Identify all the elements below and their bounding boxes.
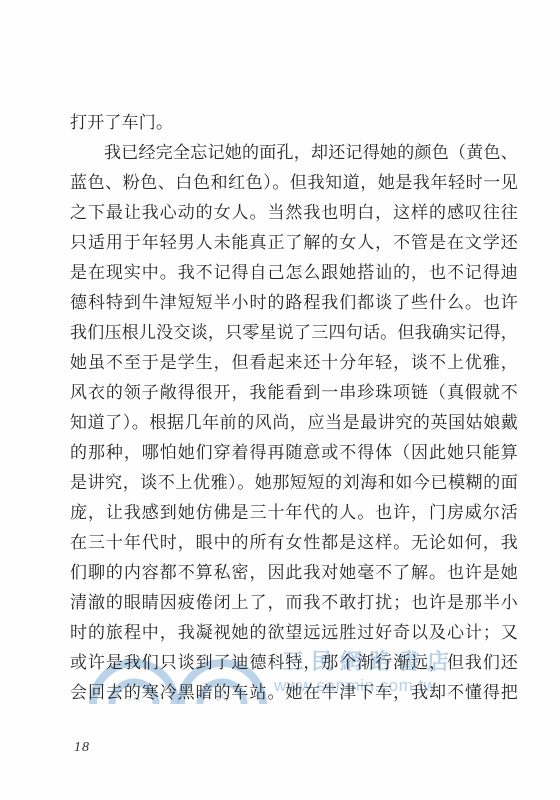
text-line: 德科特到牛津短短半小时的路程我们都谈了些什么。也许 bbox=[70, 288, 518, 318]
page-number: 18 bbox=[74, 740, 90, 756]
text-line: 或许是我们只谈到了迪德科特，那个渐行渐远，但我们还 bbox=[70, 648, 518, 678]
text-line: 是讲究，谈不上优雅）。她那短短的刘海和如今已模糊的面 bbox=[70, 468, 518, 498]
book-page: 三 民 三民網路書店 www.sanmin.com.tw 打开了车门。 我已经完… bbox=[0, 0, 560, 800]
text-line: 我们压根儿没交谈，只零星说了三四句话。但我确实记得， bbox=[70, 318, 518, 348]
text-line: 知道了）。根据几年前的风尚，应当是最讲究的英国姑娘戴 bbox=[70, 408, 518, 438]
text-line: 的那种，哪怕她们穿着得再随意或不得体（因此她只能算 bbox=[70, 438, 518, 468]
text-line: 会回去的寒冷黑暗的车站。她在牛津下车，我却不懂得把 bbox=[70, 678, 518, 708]
text-line: 只适用于年轻男人未能真正了解的女人，不管是在文学还 bbox=[70, 228, 518, 258]
text-line: 蓝色、粉色、白色和红色）。但我知道，她是我年轻时一见 bbox=[70, 168, 518, 198]
text-line: 清澈的眼睛因疲倦闭上了，而我不敢打扰；也许是那半小 bbox=[70, 588, 518, 618]
text-line: 在三十年代时，眼中的所有女性都是这样。无论如何，我 bbox=[70, 528, 518, 558]
text-line: 们聊的内容都不算私密，因此我对她毫不了解。也许是她 bbox=[70, 558, 518, 588]
text-line: 庞，让我感到她仿佛是三十年代的人。也许，门房威尔活 bbox=[70, 498, 518, 528]
text-line: 时的旅程中，我凝视她的欲望远远胜过好奇以及心计；又 bbox=[70, 618, 518, 648]
text-line: 风衣的领子敞得很开，我能看到一串珍珠项链（真假就不 bbox=[70, 378, 518, 408]
text-line: 之下最让我心动的女人。当然我也明白，这样的感叹往往 bbox=[70, 198, 518, 228]
text-line: 她虽不至于是学生，但看起来还十分年轻，谈不上优雅， bbox=[70, 348, 518, 378]
text-line: 打开了车门。 bbox=[70, 108, 518, 138]
text-block: 打开了车门。 我已经完全忘记她的面孔，却还记得她的颜色（黄色、 蓝色、粉色、白色… bbox=[70, 108, 518, 708]
text-line: 是在现实中。我不记得自己怎么跟她搭讪的，也不记得迪 bbox=[70, 258, 518, 288]
text-line: 我已经完全忘记她的面孔，却还记得她的颜色（黄色、 bbox=[70, 138, 518, 168]
